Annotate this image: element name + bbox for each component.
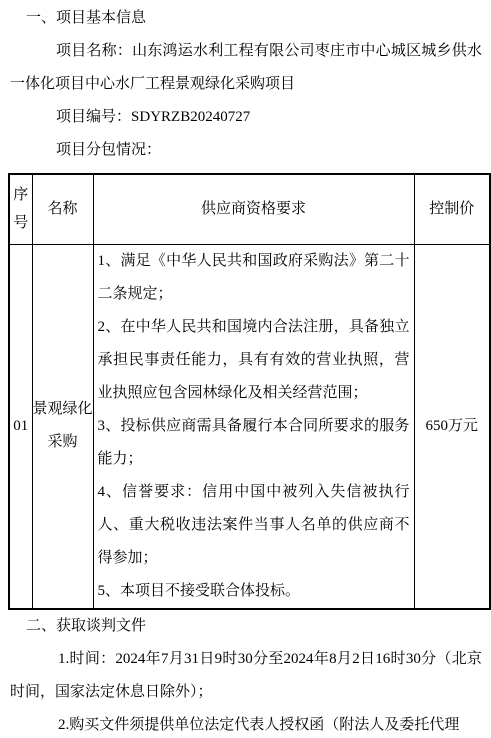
section-obtain-title: 二、获取谈判文件 (10, 610, 482, 643)
obtain-purchase-line: 2.购买文件须提供单位法定代表人授权函（附法人及委托代理 (10, 709, 482, 738)
requirement-item: 1、满足《中华人民共和国政府采购法》第二十二条规定； (98, 245, 410, 311)
table-row: 01 景观绿化采购 1、满足《中华人民共和国政府采购法》第二十二条规定； 2、在… (9, 244, 490, 609)
requirement-item: 5、本项目不接受联合体投标。 (98, 575, 410, 608)
package-table-header: 序号 名称 供应商资格要求 控制价 (9, 174, 490, 244)
header-control-price: 控制价 (414, 174, 490, 244)
header-qualification: 供应商资格要求 (93, 174, 414, 244)
obtain-time-line: 1.时间：2024年7月31日9时30分至2024年8月2日16时30分（北京时… (10, 643, 482, 709)
project-number-value: SDYRZB20240727 (131, 109, 250, 125)
row-name: 景观绿化采购 (32, 244, 93, 609)
header-seq: 序号 (9, 174, 32, 244)
package-table: 序号 名称 供应商资格要求 控制价 01 景观绿化采购 1、满足《中华人民共和国… (8, 173, 491, 610)
requirement-item: 4、信誉要求：信用中国中被列入失信被执行人、重大税收违法案件当事人名单的供应商不… (98, 476, 410, 575)
subpackage-label: 项目分包情况： (10, 134, 482, 167)
project-name-label: 项目名称： (56, 43, 132, 59)
requirement-item: 3、投标供应商需具备履行本合同所要求的服务能力； (98, 410, 410, 476)
project-number-line: 项目编号：SDYRZB20240727 (10, 101, 482, 134)
section-basic-title: 一、项目基本信息 (10, 2, 482, 35)
header-name: 名称 (32, 174, 93, 244)
requirement-item: 2、在中华人民共和国境内合法注册，具备独立承担民事责任能力，具有有效的营业执照，… (98, 311, 410, 410)
row-requirements: 1、满足《中华人民共和国政府采购法》第二十二条规定； 2、在中华人民共和国境内合… (93, 244, 414, 609)
project-number-label: 项目编号： (56, 109, 131, 125)
project-name-line: 项目名称：山东鸿运水利工程有限公司枣庄市中心城区城乡供水一体化项目中心水厂工程景… (10, 35, 482, 101)
procurement-document: { "document": { "section_basic": { "titl… (0, 0, 491, 738)
row-seq: 01 (9, 244, 32, 609)
row-control-price: 650万元 (414, 244, 490, 609)
